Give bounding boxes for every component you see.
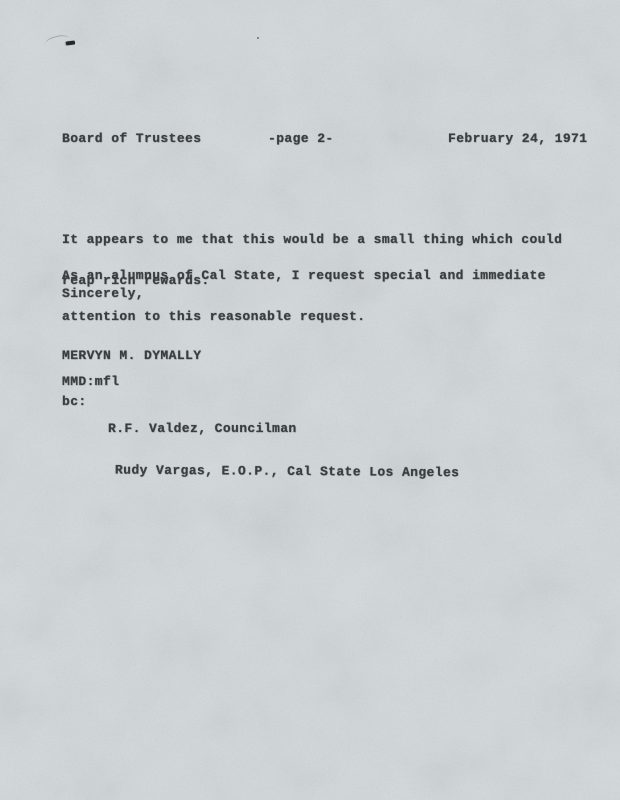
blind-copy-label: bc: xyxy=(62,395,108,409)
reference-initials: MMD:mfl xyxy=(62,375,119,389)
scan-speck-small xyxy=(257,37,259,39)
date-line: February 24, 1971 xyxy=(448,132,587,146)
blind-copy-recipients: R.F. Valdez, Councilman Rudy Vargas, E.O… xyxy=(108,395,459,503)
blind-copy-recipient-1: R.F. Valdez, Councilman xyxy=(108,422,459,436)
paragraph-2-line-1: As an alumnus of Cal State, I request sp… xyxy=(62,269,546,283)
recipient-line: Board of Trustees xyxy=(62,132,201,146)
blind-copy-recipient-2: Rudy Vargas, E.O.P., Cal State Los Angel… xyxy=(115,463,460,479)
page-number-label: -page 2- xyxy=(268,132,334,146)
signature-name: MERVYN M. DYMALLY xyxy=(62,349,201,363)
paragraph-2-line-2: attention to this reasonable request. xyxy=(62,310,546,324)
blind-copy-block: bc: R.F. Valdez, Councilman Rudy Vargas,… xyxy=(62,395,459,503)
scanned-letter-page: Board of Trustees -page 2- February 24, … xyxy=(0,0,620,800)
closing-line: Sincerely, xyxy=(62,287,144,301)
